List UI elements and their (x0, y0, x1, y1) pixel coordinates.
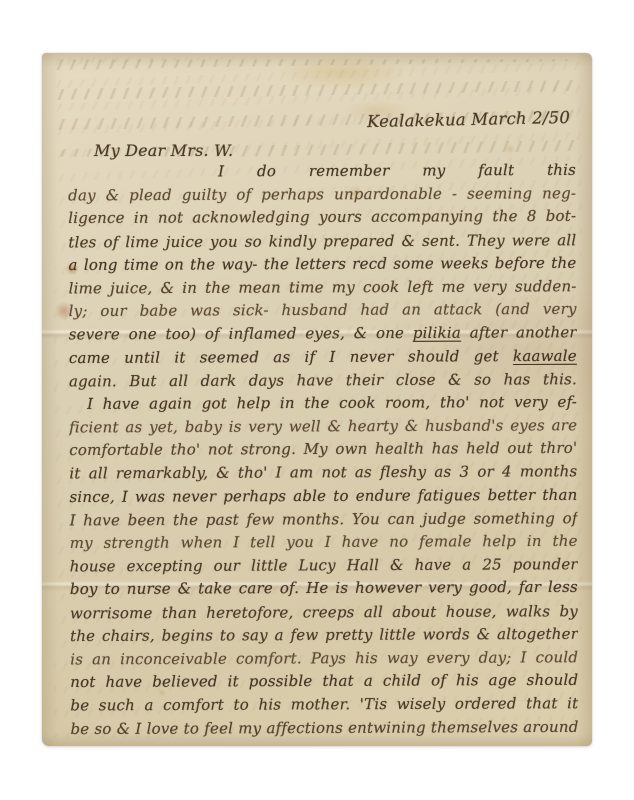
handwritten-line: since, I was never perhaps able to endur… (69, 483, 577, 508)
paragraph: I have again got help in the cook room, … (69, 391, 579, 741)
letter-page: Kealakekua March 2/50 My Dear Mrs. W. I … (42, 53, 592, 746)
handwritten-line: came until it seemed as if I never shoul… (69, 344, 577, 369)
handwritten-line: lime juice, & in the mean time my cook l… (69, 275, 577, 300)
handwritten-line: worrisome than heretofore, creeps all ab… (70, 600, 578, 625)
handwritten-line: severe one too) of inflamed eyes, & one … (69, 321, 577, 346)
scanned-letter-image: Kealakekua March 2/50 My Dear Mrs. W. I … (0, 0, 634, 800)
handwritten-line: ly; our babe was sick- husband had an at… (69, 298, 577, 323)
handwritten-line: tles of lime juice you so kindly prepare… (68, 229, 576, 254)
handwritten-line: ficient as yet, baby is very well & hear… (69, 414, 577, 439)
handwritten-line: be such a comfort to his mother. 'Tis wi… (70, 692, 578, 717)
handwritten-line: house excepting our little Lucy Hall & h… (70, 553, 578, 578)
paragraph: I do remember my fault thisday & plead g… (68, 159, 577, 393)
handwritten-line: be so & I love to feel my affections ent… (70, 715, 578, 740)
handwritten-line: I have again got help in the cook room, … (69, 391, 577, 416)
handwritten-line: day & plead guilty of perhaps unpardonab… (68, 182, 576, 207)
handwritten-line: ligence in not acknowledging yours accom… (68, 205, 576, 230)
handwritten-line: I have been the past few months. You can… (70, 507, 578, 532)
handwritten-line: again. But all dark days have their clos… (69, 368, 577, 393)
salutation: My Dear Mrs. W. (94, 141, 233, 160)
dateline: Kealakekua March 2/50 (367, 108, 570, 131)
handwritten-line: I do remember my fault this (68, 159, 576, 184)
handwritten-line: not have believed it possible that a chi… (70, 669, 578, 694)
handwritten-line: comfortable tho' not strong. My own heal… (69, 437, 577, 462)
handwritten-line: a long time on the way- the letters recd… (68, 252, 576, 277)
handwritten-line: the chairs, begins to say a few pretty l… (70, 623, 578, 648)
letter-body: I do remember my fault thisday & plead g… (68, 159, 579, 741)
handwritten-line: my strength when I tell you I have no fe… (70, 530, 578, 555)
handwritten-line: boy to nurse & take care of. He is howev… (70, 576, 578, 601)
handwritten-line: it all remarkably, & tho' I am not as fl… (69, 461, 577, 486)
handwritten-line: is an inconceivable comfort. Pays his wa… (70, 646, 578, 671)
